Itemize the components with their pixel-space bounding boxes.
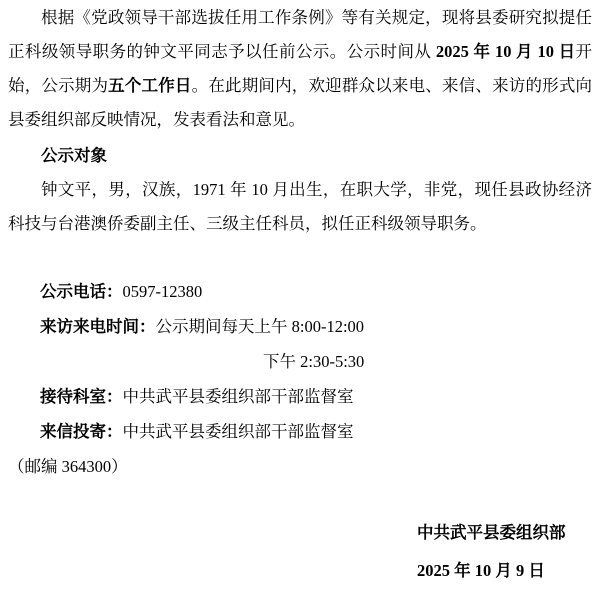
signature-org: 中共武平县委组织部 [417,514,592,552]
info-label: 来信投寄： [40,422,123,441]
signature-date: 2025 年 10 月 9 日 [417,552,592,590]
text-run: 县委组织部反映情况，发表看法和意见。 [8,110,305,129]
text-run: 开 [576,42,593,61]
info-line: 来访来电时间：公示期间每天上午 8:00-12:00 [8,309,592,344]
bold-text-run: 2025 年 10 月 10 日 [436,42,576,61]
section-heading: 公示对象 [8,139,592,173]
info-line: 接待科室：中共武平县委组织部干部监督室 [8,379,592,414]
info-line: 公示电话：0597-12380 [8,274,592,309]
info-value: 公示期间每天上午 8:00-12:00 [156,317,365,336]
intro-paragraph: 根据《党政领导干部选拔任用工作条例》等有关规定，现将县委研究拟提任正科级领导职务… [8,1,592,137]
info-label: 来访来电时间： [40,317,156,336]
signature-block: 中共武平县委组织部 2025 年 10 月 9 日 [8,514,592,590]
text-line: 钟文平，男，汉族，1971 年 10 月出生，在职大学，非党，现任县政协经济 [8,173,592,207]
text-line: 始，公示期为五个工作日。在此期间内，欢迎群众以来电、来信、来访的形式向 [8,69,592,103]
text-line: 正科级领导职务的钟文平同志予以任前公示。公示时间从 2025 年 10 月 10… [8,35,592,69]
info-line: 下午 2:30-5:30 [8,344,592,379]
info-label: 接待科室： [40,387,123,406]
text-run: 。在此期间内，欢迎群众以来电、来信、来访的形式向 [192,76,592,95]
text-run: 正科级领导职务的钟文平同志予以任前公示。公示时间从 [8,42,436,61]
text-line: 县委组织部反映情况，发表看法和意见。 [8,103,592,137]
subject-paragraph: 钟文平，男，汉族，1971 年 10 月出生，在职大学，非党，现任县政协经济科技… [8,173,592,241]
info-line: （邮编 364300） [8,449,592,484]
info-value: 下午 2:30-5:30 [263,352,364,371]
text-run: 根据《党政领导干部选拔任用工作条例》等有关规定，现将县委研究拟提任 [41,8,592,27]
text-run: 始，公示期为 [8,76,108,95]
text-run: 钟文平，男，汉族，1971 年 10 月出生，在职大学，非党，现任县政协经济 [41,180,592,199]
text-run: 科技与台港澳侨委副主任、三级主任科员，拟任正科级领导职务。 [8,214,487,233]
bold-text-run: 五个工作日 [108,76,191,95]
announcement-document: 根据《党政领导干部选拔任用工作条例》等有关规定，现将县委研究拟提任正科级领导职务… [0,0,600,595]
info-value: （邮编 364300） [8,457,128,476]
info-value: 0597-12380 [123,282,203,301]
contact-info-block: 公示电话：0597-12380来访来电时间：公示期间每天上午 8:00-12:0… [8,274,592,484]
text-line: 科技与台港澳侨委副主任、三级主任科员，拟任正科级领导职务。 [8,207,592,241]
info-value: 中共武平县委组织部干部监督室 [123,422,354,441]
info-label: 公示电话： [40,282,123,301]
text-line: 根据《党政领导干部选拔任用工作条例》等有关规定，现将县委研究拟提任 [8,1,592,35]
info-line: 来信投寄：中共武平县委组织部干部监督室 [8,414,592,449]
info-value: 中共武平县委组织部干部监督室 [123,387,354,406]
